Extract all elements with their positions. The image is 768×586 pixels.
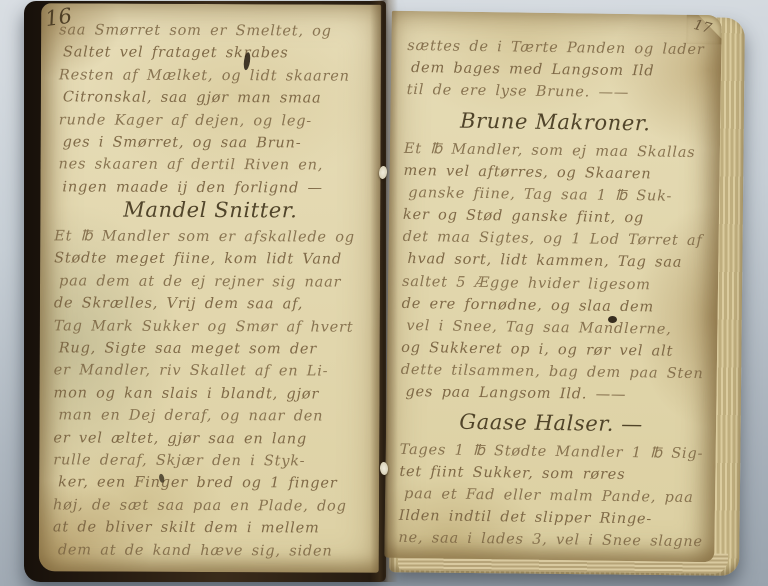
left-page-top-paragraph: saa Smørret som er Smeltet, og Saltet ve…: [58, 19, 373, 200]
handwriting-line: ne, saa i lades 3, vel i Snee slagne: [398, 527, 708, 553]
handwriting-line: paa dem at de ej rejner sig naar: [59, 270, 374, 294]
handwriting-line: mon og kan slais i blandt, gjør: [53, 382, 373, 406]
handwriting-line: man en Dej deraf, og naar den: [58, 405, 373, 429]
right-page: 17 sættes de i Tærte Panden og lader dem…: [384, 11, 722, 563]
handwriting-line: Tag Mark Sukker og Smør af hvert: [54, 315, 374, 339]
handwriting-line: til de ere lyse Brune. ——: [407, 79, 713, 105]
book-spine-gutter: [370, 0, 398, 582]
handwriting-line: Resten af Mælket, og lidt skaaren: [59, 64, 373, 88]
manuscript-photo: 16 saa Smørret som er Smeltet, og Saltet…: [0, 0, 768, 586]
handwriting-line: rulle deraf, Skjær den i Styk-: [53, 449, 373, 473]
left-page-body-paragraph: Et ℔ Mandler som er afskallede og Stødte…: [53, 225, 374, 562]
right-page-bottom-paragraph: Tages 1 ℔ Stødte Mandler 1 ℔ Sig- tet fi…: [398, 439, 710, 554]
recipe-heading-brune-makroner: Brune Makroner.: [390, 108, 720, 137]
handwriting-line: Citronskal, saa gjør man smaa: [63, 87, 373, 111]
handwriting-line: at de bliver skilt dem i mellem: [53, 517, 373, 541]
handwriting-line: ingen maade ij den forlignd —: [62, 176, 372, 200]
left-page: 16 saa Smørret som er Smeltet, og Saltet…: [39, 3, 381, 572]
handwriting-line: ker, een Finger bred og 1 finger: [58, 472, 373, 496]
handwriting-line: dem at de kand hæve sig, siden: [58, 539, 373, 563]
handwriting-line: Rug, Sigte saa meget som der: [59, 337, 374, 361]
handwriting-line: Stødte meget fiine, kom lidt Vand: [54, 248, 374, 272]
handwriting-line: ges i Smørret, og saa Brun-: [63, 131, 373, 155]
handwriting-line: nes skaaren af dertil Riven en,: [58, 154, 372, 178]
recipe-heading-gaase-halser: Gaase Halser. —: [386, 409, 716, 438]
right-page-mid-paragraph: Et ℔ Mandler, som ej maa Skallas men vel…: [400, 138, 714, 407]
handwriting-line: runde Kager af dejen, og leg-: [59, 109, 373, 133]
handwriting-line: saa Smørret som er Smeltet, og: [59, 19, 373, 43]
handwriting-line: Saltet vel frataget skrabes: [63, 42, 373, 66]
handwriting-line: høj, de sæt saa paa en Plade, dog: [53, 494, 373, 518]
recipe-heading-mandel-snitter: Mandel Snitter.: [40, 197, 380, 222]
right-page-top-paragraph: sættes de i Tærte Panden og lader dem ba…: [407, 35, 714, 106]
handwriting-line: Et ℔ Mandler som er afskallede og: [54, 225, 374, 249]
handwriting-line: er vel æltet, gjør saa en lang: [53, 427, 373, 451]
handwriting-line: de Skrælles, Vrij dem saa af,: [54, 293, 374, 317]
handwriting-line: er Mandler, riv Skallet af en Li-: [54, 360, 374, 384]
ink-blot: [608, 316, 617, 323]
handwriting-line: ges paa Langsom Ild. ——: [405, 381, 710, 407]
